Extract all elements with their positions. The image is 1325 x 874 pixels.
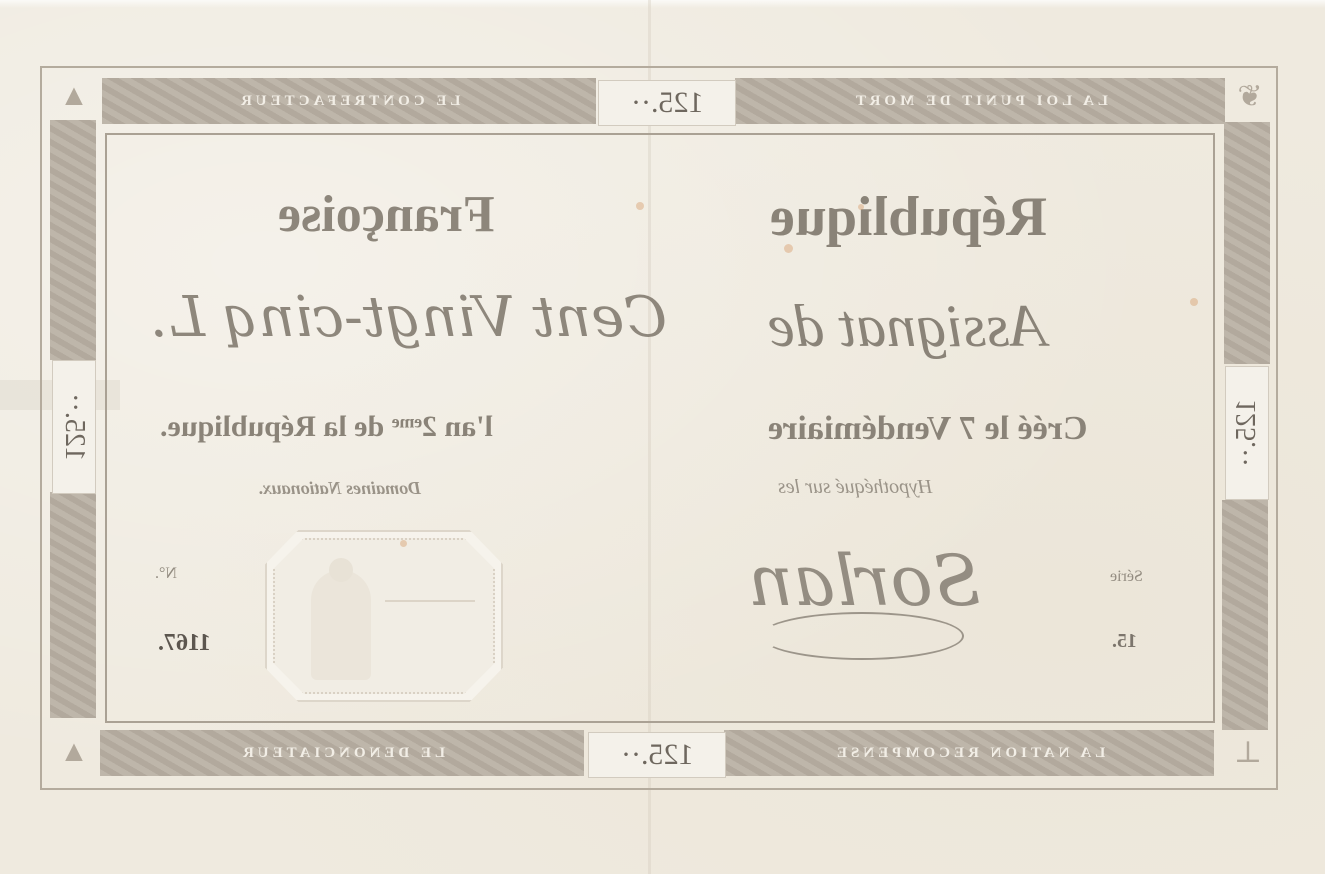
signature: Sorlan <box>748 540 981 622</box>
seal-inner-border <box>273 538 495 694</box>
domaines-text: Domaines Nationaux. <box>258 478 421 499</box>
hypotheque-line: Hypothéqué sur les <box>778 476 932 499</box>
year-text: l'an 2ᵉᵐᵉ de la République. <box>160 410 493 444</box>
created-line: Créé le 7 Vendémiaire <box>768 410 1087 448</box>
border-text-loi-punit: LA LOI PUNIT DE MORT <box>852 93 1108 110</box>
border-band-right-lower <box>1222 500 1268 730</box>
serie-number: 15. <box>1112 630 1137 653</box>
border-band-top-right: LA LOI PUNIT DE MORT <box>735 78 1225 124</box>
seal-seated-figure <box>311 570 371 680</box>
amount-text: Cent Vingt-cinq L. <box>150 285 667 350</box>
title-assignat-text: Assignat de <box>768 292 1046 361</box>
fasces-ornament-icon: ▲ <box>52 74 96 118</box>
value-text-top: 125.·· <box>631 86 703 120</box>
border-band-left-lower <box>50 492 96 718</box>
amount-script: Cent Vingt-cinq L. <box>150 285 667 350</box>
foxing-stain <box>1190 298 1198 306</box>
serie-number-text: 15. <box>1112 630 1137 653</box>
ornament-icon: ❦ <box>1228 74 1272 118</box>
value-text-bottom: 125.·· <box>621 738 693 772</box>
title-republique: République <box>770 185 1047 249</box>
border-text-contrefacteur: LE CONTREFACTEUR <box>237 93 460 110</box>
title-francoise: Françoise <box>278 185 495 244</box>
value-box-right: 125.·· <box>1225 366 1269 500</box>
signature-flourish <box>760 612 964 660</box>
embossed-seal-seated-liberty-icon <box>265 530 503 702</box>
serial-number: 1167. <box>158 630 211 657</box>
paper-torn-edge <box>0 0 1325 8</box>
serial-number-text: 1167. <box>158 630 211 657</box>
foxing-stain <box>784 244 793 253</box>
phrygian-cap-icon: ▲ <box>52 730 96 774</box>
foxing-stain <box>636 202 644 210</box>
border-text-nation-recompense: LA NATION RECOMPENSE <box>833 745 1105 762</box>
value-box-left: 125.·· <box>52 360 96 494</box>
signature-text: Sorlan <box>748 540 981 622</box>
border-band-left-upper <box>50 120 96 360</box>
title-assignat-de: Assignat de <box>768 292 1046 361</box>
year-line: l'an 2ᵉᵐᵉ de la République. <box>160 410 493 444</box>
border-band-top-left: LE CONTREFACTEUR <box>102 78 596 124</box>
value-box-top: 125.·· <box>598 80 736 126</box>
ornament-icon: ⊥ <box>1226 730 1270 774</box>
foxing-stain <box>858 204 864 210</box>
serie-label-text: Série <box>1110 568 1143 586</box>
created-text: Créé le 7 Vendémiaire <box>768 410 1087 448</box>
title-francoise-text: Françoise <box>278 185 495 244</box>
domaines-line: Domaines Nationaux. <box>258 478 421 499</box>
border-text-denonciateur: LE DENONCIATEUR <box>239 745 445 762</box>
hypotheque-text: Hypothéqué sur les <box>778 476 932 499</box>
seal-staff <box>385 600 475 602</box>
border-band-right-upper <box>1224 122 1270 364</box>
value-box-bottom: 125.·· <box>588 732 726 778</box>
value-text-right: 125.·· <box>1231 399 1263 467</box>
title-republique-text: République <box>770 185 1047 249</box>
border-band-bottom-left: LE DENONCIATEUR <box>100 730 584 776</box>
serie-label: Série <box>1110 568 1143 586</box>
value-text-left: 125.·· <box>58 393 90 461</box>
number-label-text: N°. <box>155 565 177 583</box>
foxing-stain <box>400 540 407 547</box>
border-band-bottom-right: LA NATION RECOMPENSE <box>724 730 1214 776</box>
number-label: N°. <box>155 565 177 583</box>
seal-figure-head <box>329 558 353 582</box>
